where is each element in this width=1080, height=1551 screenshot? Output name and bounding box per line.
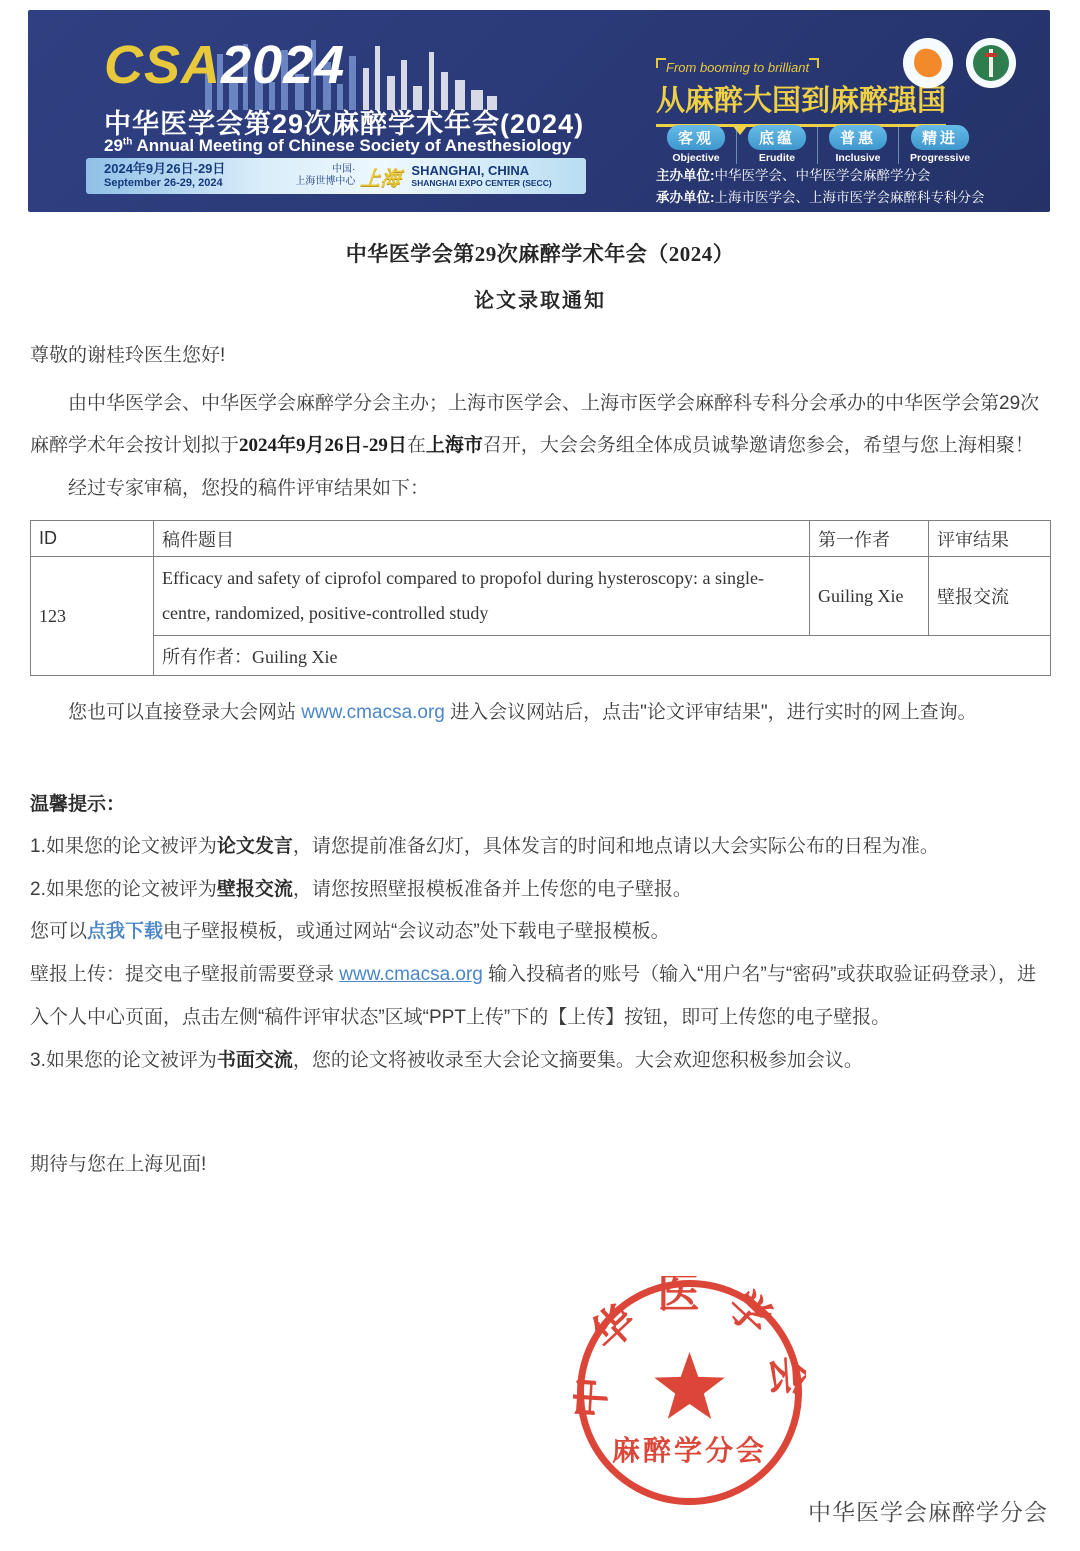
seal-bottom-text: 麻醉学分会: [612, 1435, 767, 1466]
cma-logo-icon: [903, 38, 953, 88]
tips-heading: 温馨提示：: [30, 784, 1050, 826]
review-result-table: ID 稿件题目 第一作者 评审结果 123 Efficacy and safet…: [30, 520, 1051, 676]
banner-value-badges: 客观 Objective 底蕴 Erudite 普惠 Inclusive 精进 …: [656, 125, 981, 164]
banner-title-en: 29th Annual Meeting of Chinese Society o…: [104, 136, 571, 156]
online-query-paragraph: 您也可以直接登录大会网站 www.cmacsa.org 进入会议网站后，点击"论…: [30, 692, 1050, 734]
tip-1-oral: 1.如果您的论文被评为论文发言，请您提前准备幻灯，具体发言的时间和地点请以大会实…: [30, 826, 1050, 869]
table-row: 123 Efficacy and safety of ciprofol comp…: [31, 557, 1051, 636]
association-logos: [903, 38, 1016, 88]
conference-banner: CSA2024 中华医学会第29次麻醉学术年会(2024) 29th Annua…: [28, 10, 1050, 212]
cell-all-authors: 所有作者：Guiling Xie: [154, 636, 1051, 676]
cell-paper-title: Efficacy and safety of ciprofol compared…: [154, 557, 810, 636]
closing-line: 期待与您在上海见面!: [30, 1144, 1050, 1186]
cmacsa-link[interactable]: www.cmacsa.org: [301, 702, 445, 723]
header-id: ID: [31, 521, 154, 557]
badge-objective: 客观 Objective: [656, 125, 736, 164]
footer-signature: 中华医学会麻醉学分会: [808, 1494, 1048, 1527]
banner-date-venue-bar: 2024年9月26日-29日 September 26-29, 2024 中国·…: [86, 158, 586, 194]
download-template-link[interactable]: 点我下载: [87, 921, 163, 942]
conference-dates: 2024年9月26日-29日 September 26-29, 2024: [104, 162, 225, 190]
host-line: 主办单位:中华医学会、中华医学会麻醉学分会: [656, 165, 985, 187]
bold-city: 上海市: [426, 435, 483, 456]
review-result-line: 经过专家审稿，您投的稿件评审结果如下：: [30, 468, 1050, 510]
greeting-line: 尊敬的谢桂玲医生您好!: [30, 335, 1050, 377]
badge-erudite: 底蕴 Erudite: [736, 125, 817, 164]
banner-organizers: 主办单位:中华医学会、中华医学会麻醉学分会 承办单位:上海市医学会、上海市医学会…: [656, 165, 985, 208]
organizer-line: 承办单位:上海市医学会、上海市医学会麻醉科专科分会: [656, 187, 985, 209]
seal-star-icon: [654, 1352, 724, 1419]
document-title-line1: 中华医学会第29次麻醉学术年会（2024）: [30, 238, 1050, 268]
header-title: 稿件题目: [154, 521, 810, 557]
official-red-seal: 中华医学会 麻醉学分会: [573, 1276, 806, 1509]
csa-branch-logo-icon: [966, 38, 1016, 88]
tip-2-poster: 2.如果您的论文被评为壁报交流，请您按照壁报模板准备并上传您的电子壁报。: [30, 869, 1050, 912]
intro-paragraph: 由中华医学会、中华医学会麻醉学分会主办；上海市医学会、上海市医学会麻醉科专科分会…: [30, 383, 1050, 467]
header-first-author: 第一作者: [810, 521, 929, 557]
notice-document: 中华医学会第29次麻醉学术年会（2024） 论文录取通知 尊敬的谢桂玲医生您好!…: [0, 212, 1080, 1186]
table-authors-row: 所有作者：Guiling Xie: [31, 636, 1051, 676]
table-header-row: ID 稿件题目 第一作者 评审结果: [31, 521, 1051, 557]
poster-upload-paragraph: 壁报上传：提交电子壁报前需要登录 www.cmacsa.org 输入投稿者的账号…: [30, 954, 1050, 1040]
shanghai-calligraphy-mark: 上海: [360, 162, 403, 191]
banner-slogan-en: From booming to brilliant: [656, 58, 819, 77]
header-review-result: 评审结果: [929, 521, 1051, 557]
badge-progressive: 精进 Progressive: [898, 125, 981, 164]
badge-inclusive: 普惠 Inclusive: [817, 125, 898, 164]
venue-cn: 中国· 上海世博中心: [295, 164, 355, 188]
document-title-line2: 论文录取通知: [30, 284, 1050, 313]
cell-review-result: 壁报交流: [929, 557, 1051, 636]
cell-first-author: Guiling Xie: [810, 557, 929, 636]
template-download-line: 您可以点我下载电子壁报模板，或通过网站“会议动态”处下载电子壁报模板。: [30, 911, 1050, 954]
bold-date: 2024年9月26日-29日: [239, 435, 407, 456]
cmacsa-upload-link[interactable]: www.cmacsa.org: [339, 964, 483, 985]
cell-paper-id: 123: [31, 557, 154, 676]
tip-3-written: 3.如果您的论文被评为书面交流，您的论文将被收录至大会论文摘要集。大会欢迎您积极…: [30, 1040, 1050, 1083]
csa-2024-logo: CSA2024: [104, 38, 345, 92]
venue-en: SHANGHAI, CHINA SHANGHAI EXPO CENTER (SE…: [411, 164, 551, 189]
